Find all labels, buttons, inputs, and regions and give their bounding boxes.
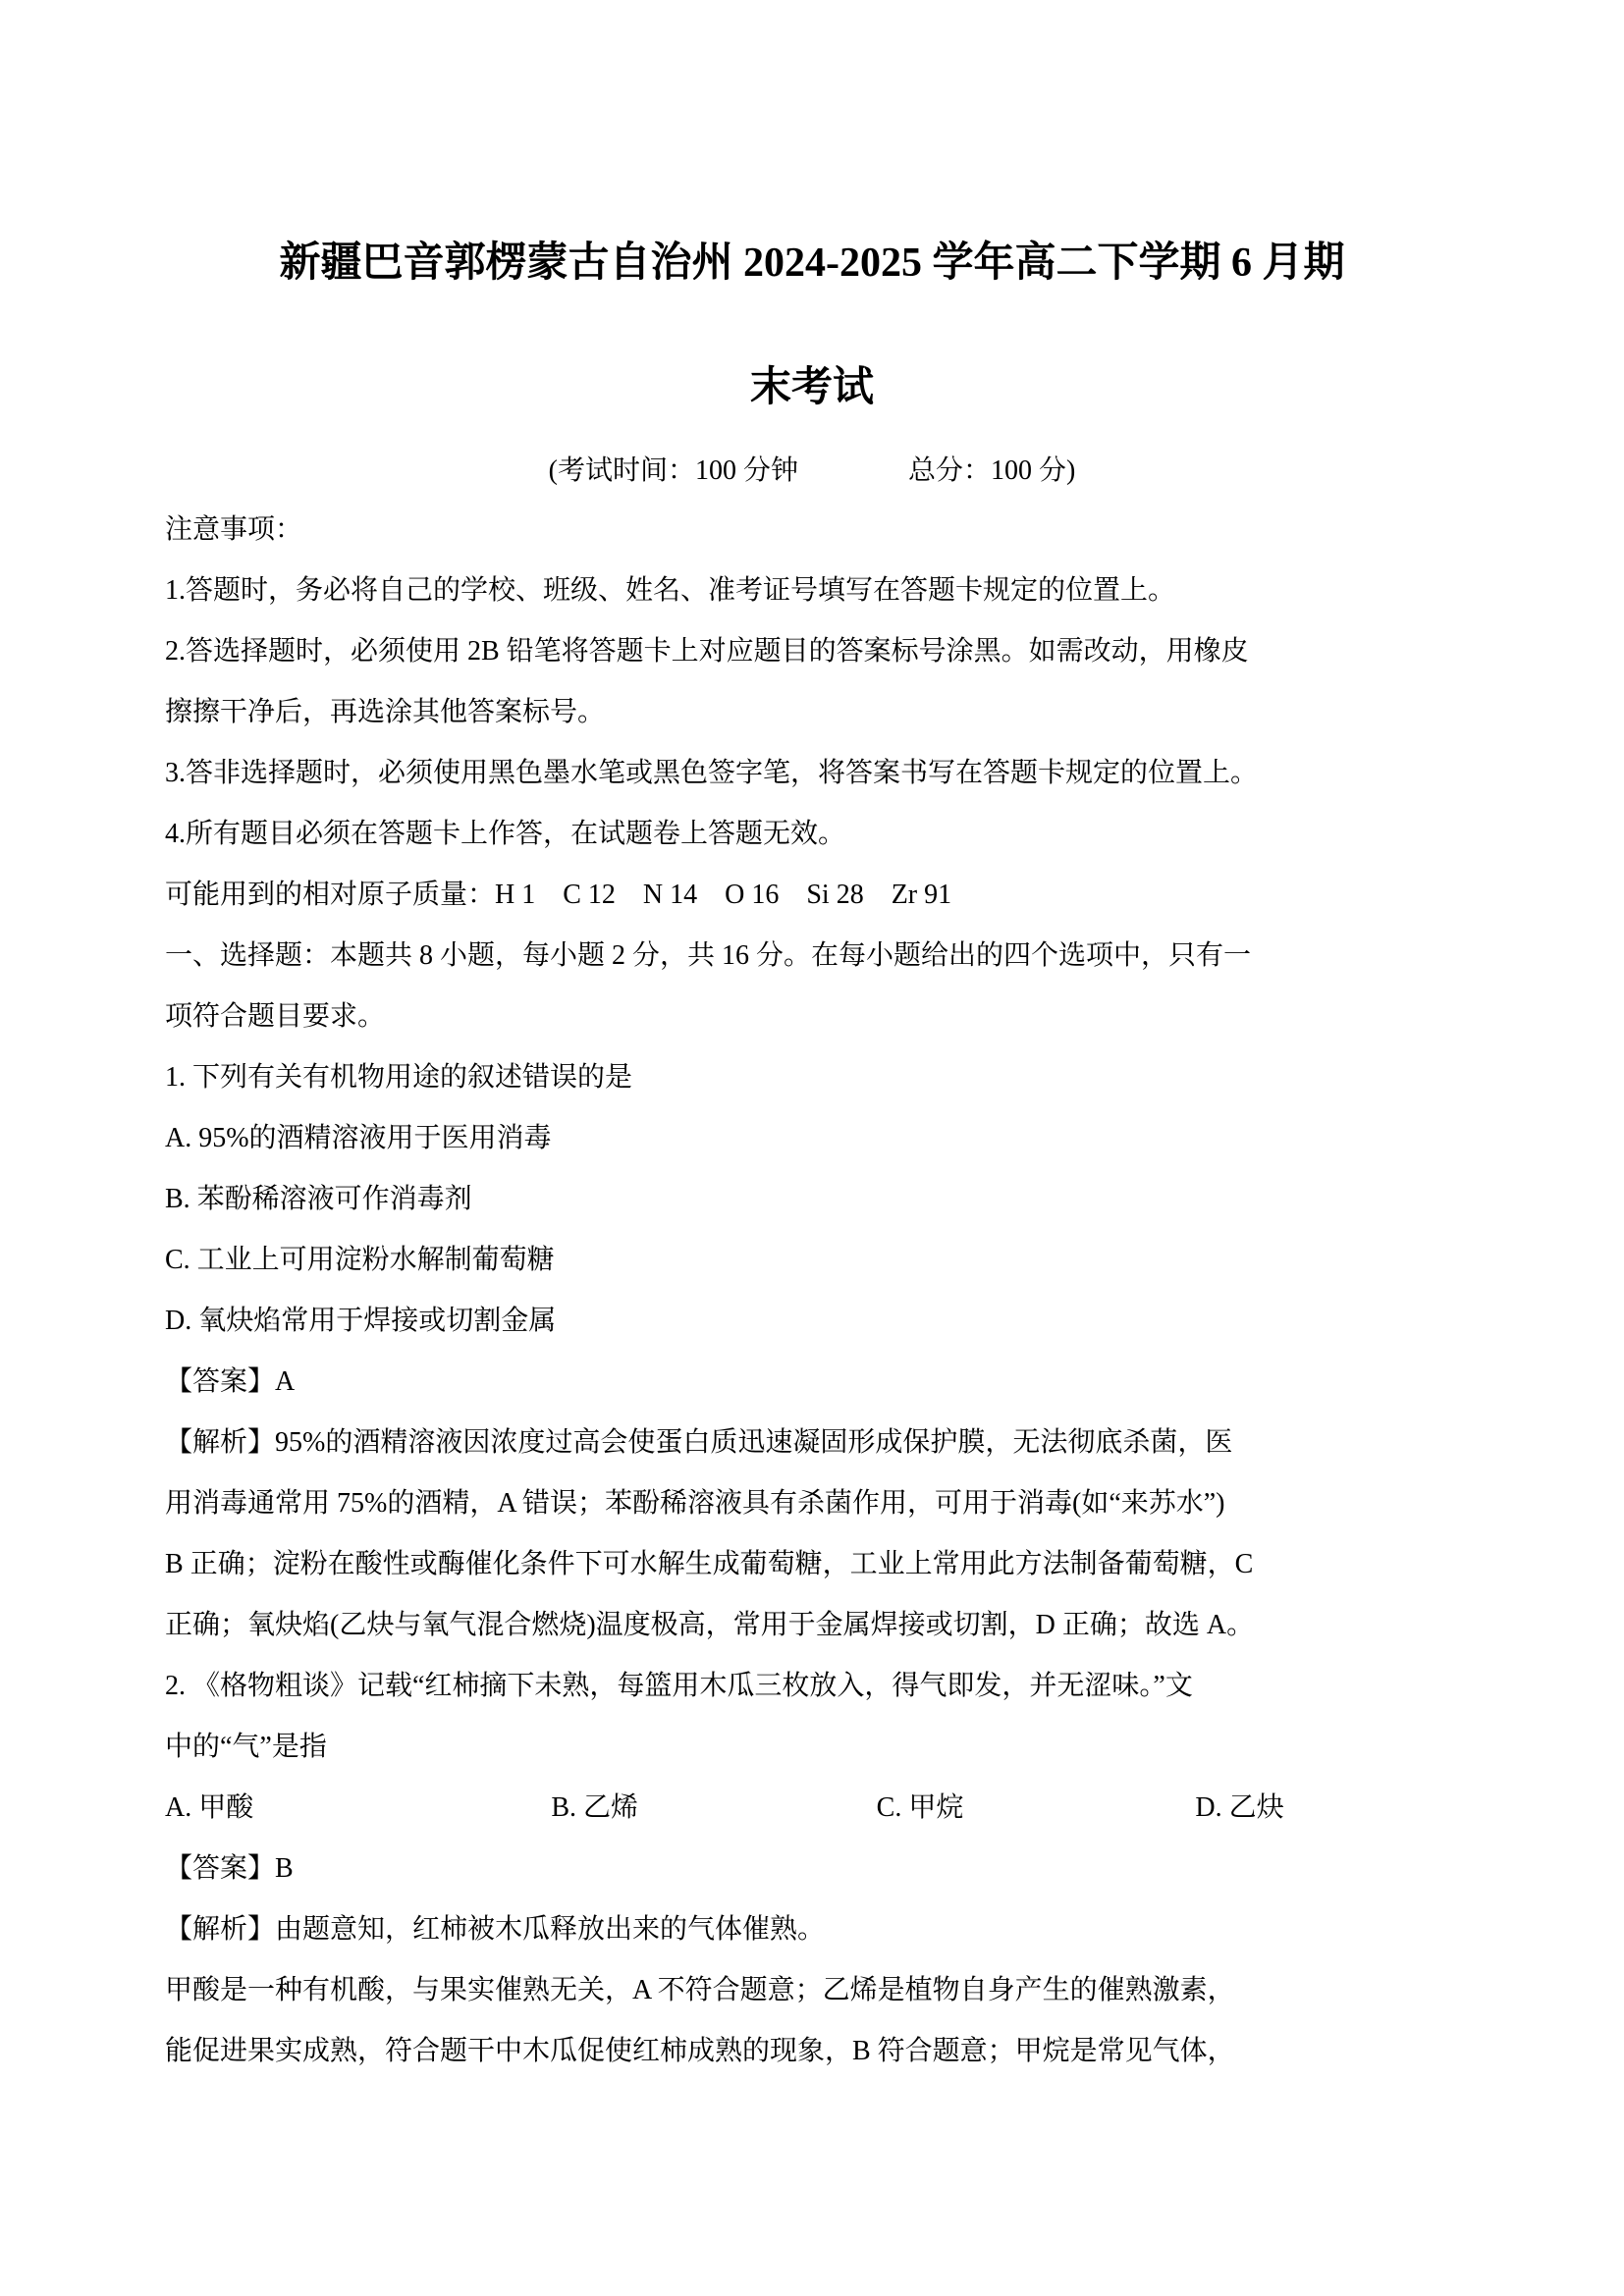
exam-title-line-1: 新疆巴音郭楞蒙古自治州 2024-2025 学年高二下学期 6 月期	[0, 234, 1624, 293]
question-1-option-d: D. 氧炔焰常用于焊接或切割金属	[165, 1291, 1461, 1352]
question-1-analysis-line-2: 用消毒通常用 75%的酒精，A 错误；苯酚稀溶液具有杀菌作用，可用于消毒(如“来…	[165, 1473, 1461, 1534]
notes-heading: 注意事项：	[165, 500, 1461, 561]
note-item-4: 4.所有题目必须在答题卡上作答，在试题卷上答题无效。	[165, 804, 1461, 865]
question-2-option-a: A. 甲酸	[165, 1778, 551, 1839]
question-1-analysis-line-1: 【解析】95%的酒精溶液因浓度过高会使蛋白质迅速凝固形成保护膜，无法彻底杀菌，医	[165, 1413, 1461, 1473]
note-item-3: 3.答非选择题时，必须使用黑色墨水笔或黑色签字笔，将答案书写在答题卡规定的位置上…	[165, 743, 1461, 804]
question-1-analysis-line-4: 正确；氧炔焰(乙炔与氧气混合燃烧)温度极高，常用于金属焊接或切割，D 正确；故选…	[165, 1595, 1461, 1656]
question-2-option-c: C. 甲烷	[877, 1778, 1196, 1839]
question-1-stem: 1. 下列有关有机物用途的叙述错误的是	[165, 1047, 1461, 1108]
question-2-answer: 【答案】B	[165, 1839, 1461, 1899]
question-1-option-a: A. 95%的酒精溶液用于医用消毒	[165, 1108, 1461, 1169]
question-1-option-c: C. 工业上可用淀粉水解制葡萄糖	[165, 1230, 1461, 1291]
question-2-option-d: D. 乙炔	[1195, 1778, 1461, 1839]
question-2-options-row: A. 甲酸 B. 乙烯 C. 甲烷 D. 乙炔	[165, 1778, 1461, 1839]
note-item-2-line-2: 擦擦干净后，再选涂其他答案标号。	[165, 682, 1461, 743]
exam-time-and-score: (考试时间：100 分钟 总分：100 分)	[0, 452, 1624, 491]
question-1-analysis-line-3: B 正确；淀粉在酸性或酶催化条件下可水解生成葡萄糖，工业上常用此方法制备葡萄糖，…	[165, 1534, 1461, 1595]
question-2-analysis-line-3: 能促进果实成熟，符合题干中木瓜促使红柿成熟的现象，B 符合题意；甲烷是常见气体，	[165, 2021, 1461, 2082]
section-1-heading-line-2: 项符合题目要求。	[165, 987, 1461, 1047]
question-1-option-b: B. 苯酚稀溶液可作消毒剂	[165, 1169, 1461, 1230]
note-item-2-line-1: 2.答选择题时，必须使用 2B 铅笔将答题卡上对应题目的答案标号涂黑。如需改动，…	[165, 621, 1461, 682]
atomic-mass-note: 可能用到的相对原子质量：H 1 C 12 N 14 O 16 Si 28 Zr …	[165, 865, 1461, 926]
question-2-stem-line-1: 2. 《格物粗谈》记载“红柿摘下未熟，每篮用木瓜三枚放入，得气即发，并无涩味。”…	[165, 1656, 1461, 1717]
question-2-analysis-line-2: 甲酸是一种有机酸，与果实催熟无关，A 不符合题意；乙烯是植物自身产生的催熟激素，	[165, 1960, 1461, 2021]
exam-title-line-2: 末考试	[0, 358, 1624, 417]
section-1-heading-line-1: 一、选择题：本题共 8 小题，每小题 2 分，共 16 分。在每小题给出的四个选…	[165, 926, 1461, 987]
question-2-analysis-line-1: 【解析】由题意知，红柿被木瓜释放出来的气体催熟。	[165, 1899, 1461, 1960]
question-2-option-b: B. 乙烯	[551, 1778, 876, 1839]
exam-document-page: 新疆巴音郭楞蒙古自治州 2024-2025 学年高二下学期 6 月期 末考试 (…	[0, 0, 1624, 2296]
note-item-1: 1.答题时，务必将自己的学校、班级、姓名、准考证号填写在答题卡规定的位置上。	[165, 561, 1461, 621]
question-1-answer: 【答案】A	[165, 1352, 1461, 1413]
question-2-stem-line-2: 中的“气”是指	[165, 1717, 1461, 1778]
exam-body: 注意事项： 1.答题时，务必将自己的学校、班级、姓名、准考证号填写在答题卡规定的…	[165, 500, 1461, 2082]
